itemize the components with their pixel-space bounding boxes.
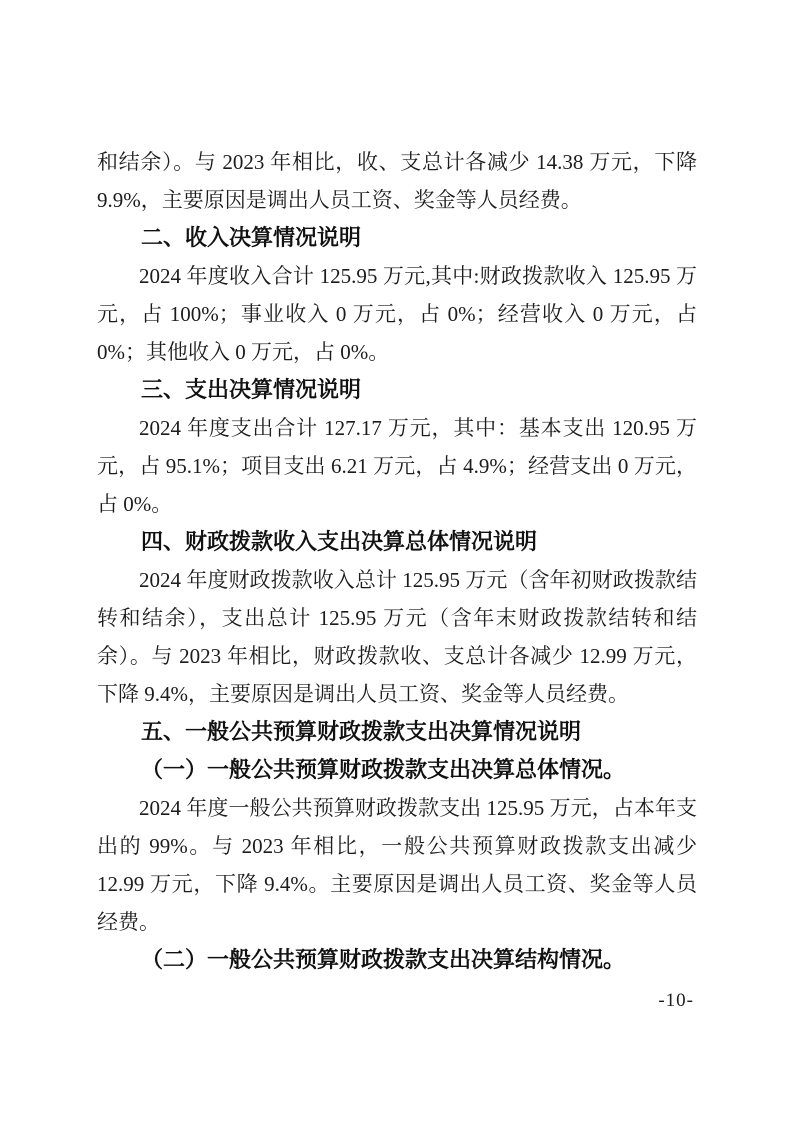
sub-section-heading: （一）一般公共预算财政拨款支出决算总体情况。 [97, 751, 697, 789]
section-heading: 五、一般公共预算财政拨款支出决算情况说明 [97, 713, 697, 751]
section-heading: 二、收入决算情况说明 [97, 219, 697, 257]
page-number: -10- [658, 990, 694, 1012]
sub-section-heading: （二）一般公共预算财政拨款支出决算结构情况。 [97, 941, 697, 979]
document-body: 和结余）。与 2023 年相比，收、支总计各减少 14.38 万元，下降 9.9… [97, 143, 697, 979]
body-paragraph: 2024 年度一般公共预算财政拨款支出 125.95 万元，占本年支出的 99%… [97, 789, 697, 941]
body-paragraph: 2024 年度收入合计 125.95 万元,其中:财政拨款收入 125.95 万… [97, 257, 697, 371]
body-paragraph: 和结余）。与 2023 年相比，收、支总计各减少 14.38 万元，下降 9.9… [97, 143, 697, 219]
section-heading: 三、支出决算情况说明 [97, 371, 697, 409]
body-paragraph: 2024 年度支出合计 127.17 万元，其中：基本支出 120.95 万元，… [97, 409, 697, 523]
document-page: 和结余）。与 2023 年相比，收、支总计各减少 14.38 万元，下降 9.9… [0, 0, 793, 1122]
body-paragraph: 2024 年度财政拨款收入总计 125.95 万元（含年初财政拨款结转和结余），… [97, 561, 697, 713]
section-heading: 四、财政拨款收入支出决算总体情况说明 [97, 523, 697, 561]
